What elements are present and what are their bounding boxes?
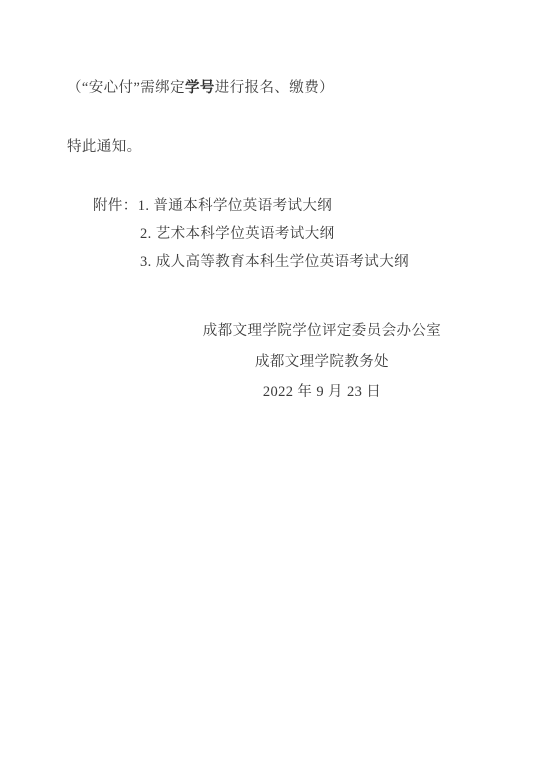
signature-office-line: 成都文理学院学位评定委员会办公室 <box>196 324 448 339</box>
signature-block: 成都文理学院学位评定委员会办公室 成都文理学院教务处 2022 年 9 月 23… <box>196 324 448 400</box>
payment-note-suffix: 进行报名、缴费） <box>215 80 334 96</box>
closing-line: 特此通知。 <box>67 140 142 155</box>
payment-note-prefix: （“安心付”需绑定 <box>67 80 185 96</box>
payment-note-bold-student-id: 学号 <box>185 80 215 96</box>
attachment-item-2: 2. 艺术本科学位英语考试大纲 <box>140 227 335 242</box>
signature-department-line: 成都文理学院教务处 <box>196 355 448 370</box>
signature-date: 2022 年 9 月 23 日 <box>196 385 448 400</box>
attachment-line-1: 附件：1. 普通本科学位英语考试大纲 <box>93 199 332 214</box>
attachments-label: 附件： <box>93 198 138 214</box>
attachment-item-3: 3. 成人高等教育本科生学位英语考试大纲 <box>140 255 409 270</box>
payment-note-paragraph: （“安心付”需绑定学号进行报名、缴费） <box>67 81 334 96</box>
notice-document-page: （“安心付”需绑定学号进行报名、缴费） 特此通知。 附件：1. 普通本科学位英语… <box>0 0 543 768</box>
attachment-item-1: 1. 普通本科学位英语考试大纲 <box>138 198 333 214</box>
